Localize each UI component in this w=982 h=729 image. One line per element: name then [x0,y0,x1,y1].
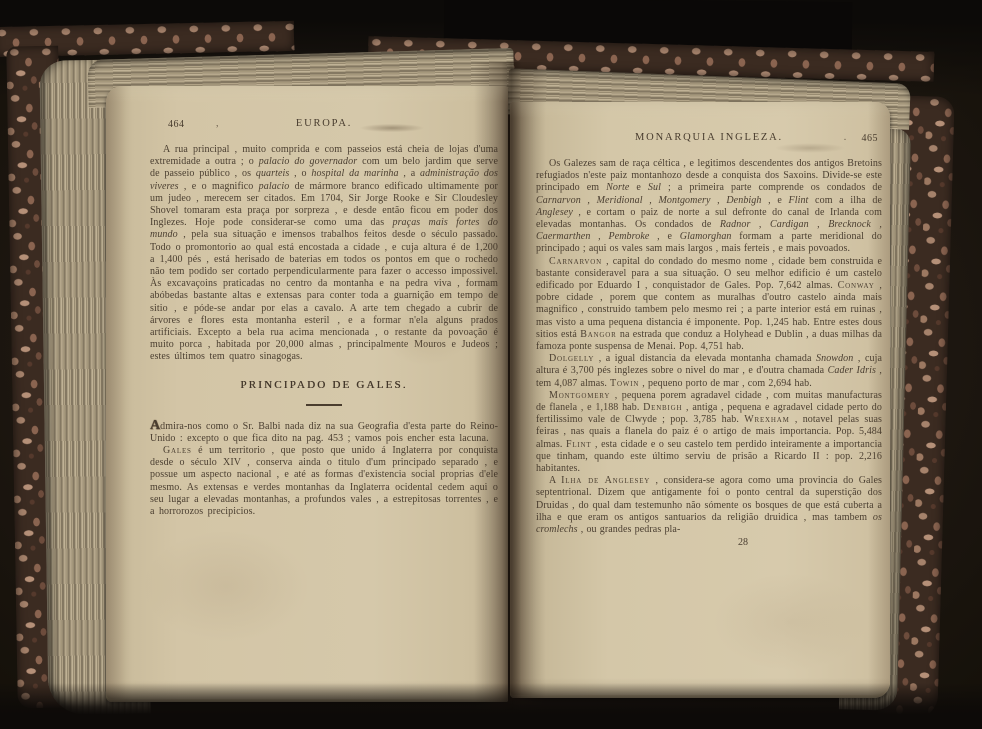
section-rule [306,404,342,406]
text-segment: e [771,195,789,206]
section-heading: PRINCIPADO DE GALES. [150,379,498,391]
page-number-right: 465 [862,133,879,144]
italic-text: palacio do governador [259,156,357,167]
running-head-left: 464 , EUROPA. [150,118,498,131]
paragraph: Gales é um territorio , que posto que un… [150,445,498,518]
paragraph: Carnarvon , capital do condado do mesmo … [536,256,882,354]
running-head-right: MONARQUIA INGLEZA. . 465 [536,132,882,145]
paragraph: A Ilha de Anglesey , considera-se agora … [536,475,882,536]
ink-mark-left: , [216,118,220,129]
book-page-right: MONARQUIA INGLEZA. . 465 Os Galezes sam … [510,102,890,698]
italic-text: palacio [259,181,290,192]
text-segment: , a [399,168,420,179]
italic-text: Anglesey [536,207,573,218]
text-segment: , o [289,168,311,179]
text-segment: ; a primeira parte comprende os condados… [661,182,882,193]
paragraph: Admira-nos como o Sr. Balbi nada diz na … [150,419,498,445]
ornamental-initial: A [150,418,160,433]
smallcaps-text: Carnarvon [549,256,602,267]
smallcaps-text: Ilha de Anglesey [561,475,650,486]
smallcaps-text: Wrexham [744,414,789,425]
italic-text: Flint [788,195,808,206]
text-segment: , pequeno porto de mar , com 2,694 hab. [639,378,812,389]
italic-text: quarteis [256,168,290,179]
text-segment: com a ilha de [808,195,882,206]
bottom-shadow [0,683,982,729]
text-segment: A [549,475,561,486]
italic-text: Glamorghan [680,231,732,242]
paragraph: A rua principal , muito comprida e com p… [150,144,498,364]
book-photo-stage: 464 , EUROPA. A rua principal , muito co… [0,0,982,729]
italic-text: Cader Idris [828,365,876,376]
italic-text: Carnarvon , Meridional , Montgomery , De… [536,195,771,206]
text-segment: e [660,231,680,242]
text-segment: , pela sua situação e imensos trabalhos … [150,229,498,362]
smallcaps-text: Conway [838,280,875,291]
paragraph: Montgomery , pequena porem agradavel cid… [536,390,882,475]
text-segment: , e o magnifico [179,181,259,192]
smallcaps-text: Denbigh [643,402,682,413]
smallcaps-text: Flint [566,439,592,450]
text-segment: , ou grandes pedras pla- [578,524,681,535]
text-segment: e [629,182,648,193]
smallcaps-text: Montgomery [549,390,610,401]
text-segment: , a igual distancia da elevada montanha … [594,353,816,364]
book-page-left: 464 , EUROPA. A rua principal , muito co… [106,86,508,702]
italic-text: Snowdon [816,353,853,364]
signature-mark: 28 [570,537,890,548]
smallcaps-text: Gales [163,445,192,456]
ink-mark-right: . [844,132,848,143]
running-title-left: EUROPA. [150,118,498,129]
text-segment: é um territorio , que posto que unido á … [150,445,498,517]
smallcaps-text: Bangor [580,329,616,340]
running-title-right: MONARQUIA INGLEZA. [536,132,882,143]
italic-text: hospital da marinha [311,168,398,179]
paragraph: Os Galezes sam de raça céltica , e legit… [536,158,882,256]
italic-text: Sul [648,182,661,193]
smallcaps-text: Towin [610,378,639,389]
page-number-left: 464 [168,119,185,130]
smallcaps-text: Dolgelly [549,353,594,364]
text-segment: dmira-nos como o Sr. Balbi nada diz na s… [150,421,498,444]
italic-text: Norte [606,182,629,193]
paragraph: Dolgelly , a igual distancia da elevada … [536,353,882,390]
